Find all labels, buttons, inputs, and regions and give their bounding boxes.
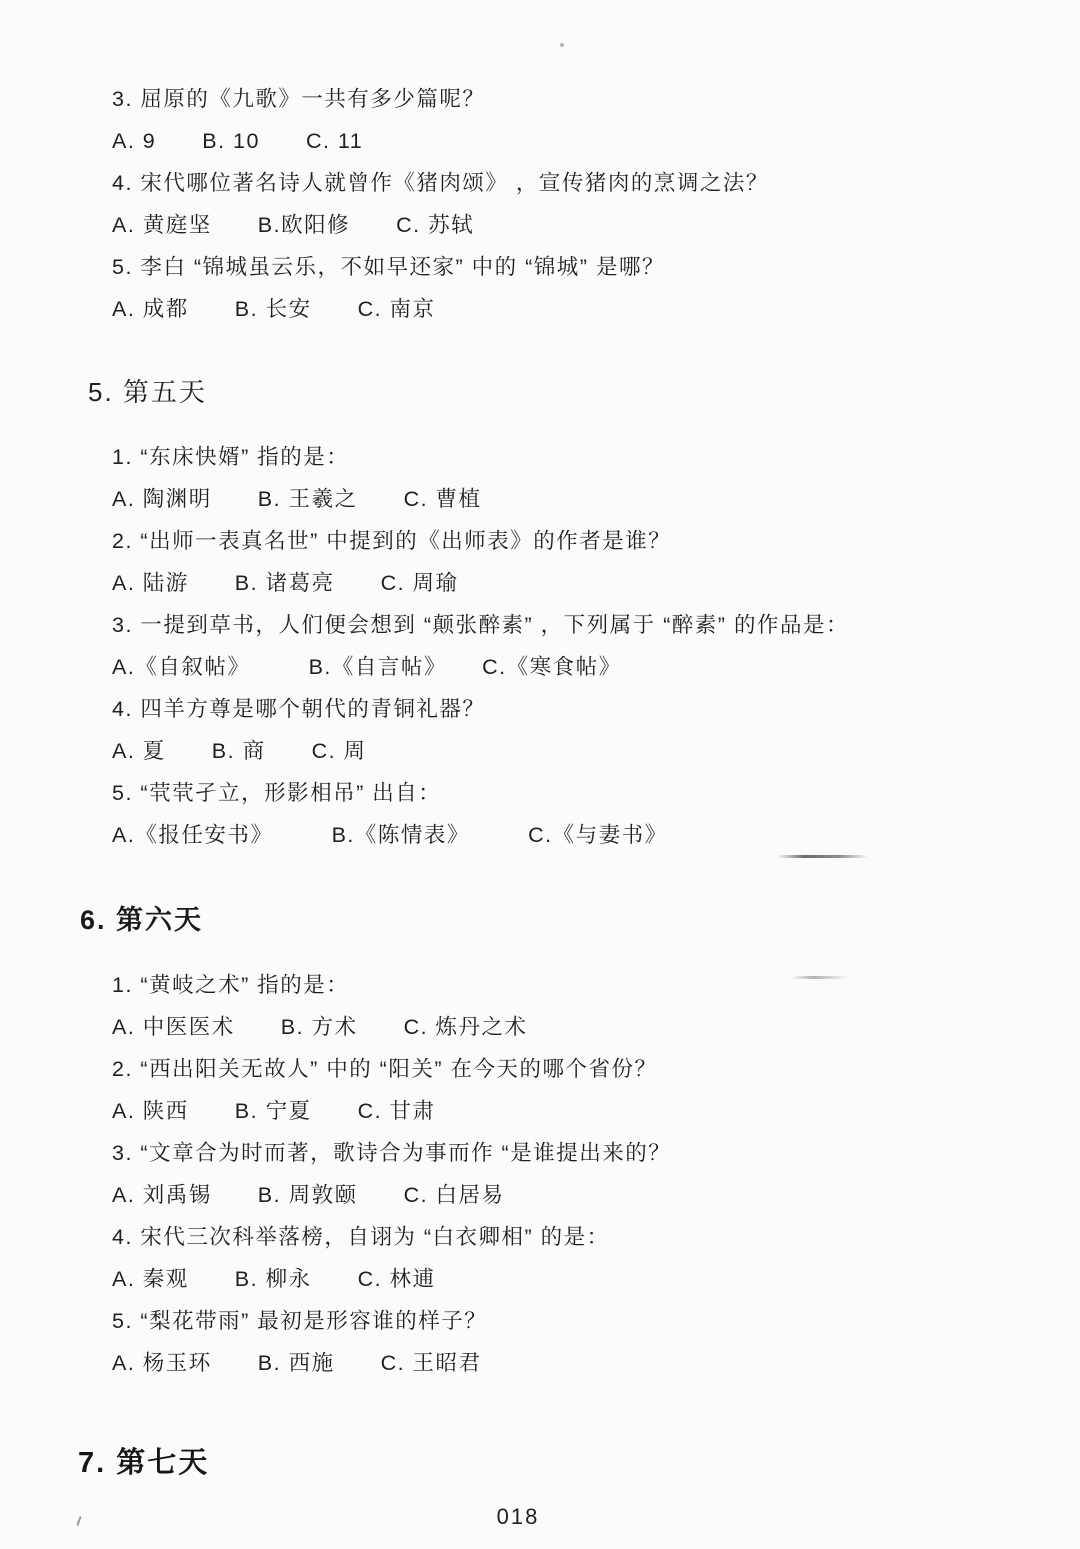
question-text: 4. 宋代哪位著名诗人就曾作《猪肉颂》 ，宣传猪肉的烹调之法？ — [112, 162, 1080, 204]
question-options: A. 9 B. 10 C. 11 — [112, 120, 1080, 162]
section-heading-day6: 6. 第六天 — [80, 898, 1080, 942]
page-number: 018 — [0, 1504, 1058, 1530]
section-heading-day5: 5. 第五天 — [88, 370, 1080, 414]
question-options: A. 陆游 B. 诸葛亮 C. 周瑜 — [112, 562, 1080, 604]
question-text: 3. “文章合为时而著，歌诗合为事而作 “是谁提出来的？ — [112, 1132, 1080, 1174]
question-text: 2. “西出阳关无故人” 中的 “阳关” 在今天的哪个省份？ — [112, 1048, 1080, 1090]
question-text: 5. “茕茕孑立，形影相吊” 出自： — [112, 772, 1080, 814]
question-text: 1. “东床快婿” 指的是： — [112, 436, 1080, 478]
question-options: A. 陶渊明 B. 王羲之 C. 曹植 — [112, 478, 1080, 520]
page-content: 3. 屈原的《九歌》一共有多少篇呢？ A. 9 B. 10 C. 11 4. 宋… — [0, 0, 1080, 1486]
section-day4-questions: 3. 屈原的《九歌》一共有多少篇呢？ A. 9 B. 10 C. 11 4. 宋… — [112, 78, 1080, 330]
question-text: 3. 屈原的《九歌》一共有多少篇呢？ — [112, 78, 1080, 120]
question-options: A. 夏 B. 商 C. 周 — [112, 730, 1080, 772]
question-text: 5. 李白 “锦城虽云乐，不如早还家” 中的 “锦城” 是哪？ — [112, 246, 1080, 288]
question-options: A. 中医医术 B. 方术 C. 炼丹之术 — [112, 1006, 1080, 1048]
question-options: A.《报任安书》 B.《陈情表》 C.《与妻书》 — [112, 814, 1080, 856]
question-options: A. 黄庭坚 B.欧阳修 C. 苏轼 — [112, 204, 1080, 246]
section-day6-questions: 1. “黄岐之术” 指的是： A. 中医医术 B. 方术 C. 炼丹之术 2. … — [112, 964, 1080, 1384]
question-text: 2. “出师一表真名世” 中提到的《出师表》的作者是谁？ — [112, 520, 1080, 562]
question-text: 4. 四羊方尊是哪个朝代的青铜礼器？ — [112, 688, 1080, 730]
question-options: A. 陕西 B. 宁夏 C. 甘肃 — [112, 1090, 1080, 1132]
question-options: A. 刘禹锡 B. 周敦颐 C. 白居易 — [112, 1174, 1080, 1216]
question-text: 1. “黄岐之术” 指的是： — [112, 964, 1080, 1006]
question-text: 5. “梨花带雨” 最初是形容谁的样子？ — [112, 1300, 1080, 1342]
question-options: A. 杨玉环 B. 西施 C. 王昭君 — [112, 1342, 1080, 1384]
question-text: 3. 一提到草书，人们便会想到 “颠张醉素” ，下列属于 “醉素” 的作品是： — [112, 604, 1080, 646]
question-options: A.《自叙帖》 B.《自言帖》 C.《寒食帖》 — [112, 646, 1080, 688]
section-heading-day7: 7. 第七天 — [78, 1440, 1080, 1486]
question-options: A. 秦观 B. 柳永 C. 林逋 — [112, 1258, 1080, 1300]
document-page: 3. 屈原的《九歌》一共有多少篇呢？ A. 9 B. 10 C. 11 4. 宋… — [0, 0, 1080, 1486]
question-options: A. 成都 B. 长安 C. 南京 — [112, 288, 1080, 330]
section-day5-questions: 1. “东床快婿” 指的是： A. 陶渊明 B. 王羲之 C. 曹植 2. “出… — [112, 436, 1080, 856]
question-text: 4. 宋代三次科举落榜，自诩为 “白衣卿相” 的是： — [112, 1216, 1080, 1258]
